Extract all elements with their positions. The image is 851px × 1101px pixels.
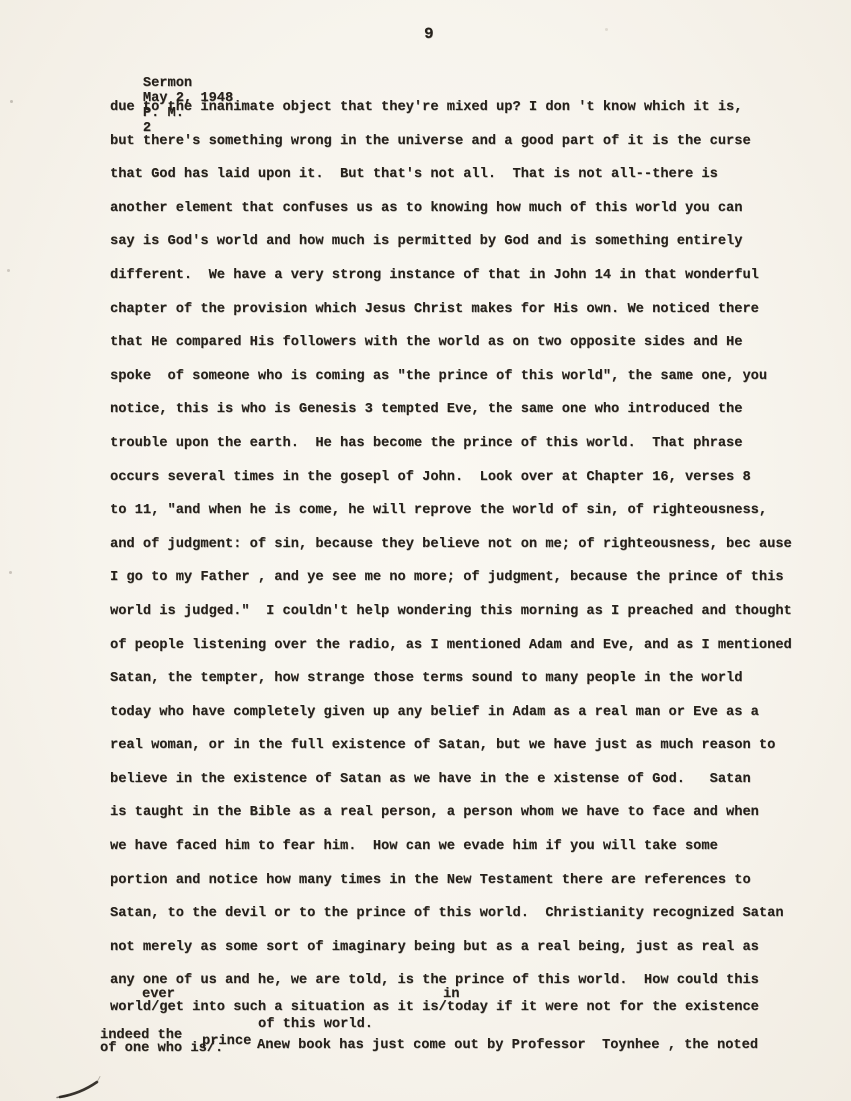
text-line: but there's something wrong in the unive… <box>110 125 830 159</box>
typed-insertion-of-this-world: of this world. <box>258 1018 373 1032</box>
text-line: another element that confuses us as to k… <box>110 192 830 226</box>
text-line: not merely as some sort of imaginary bei… <box>110 931 830 965</box>
text-line: world is judged." I couldn't help wonder… <box>110 595 830 629</box>
document-body: due to the inanimate object that they're… <box>110 91 830 998</box>
header-doc-type: Sermon <box>143 76 192 91</box>
scan-artifacts <box>0 0 3 3</box>
text-line: any one of us and he, we are told, is th… <box>110 964 830 998</box>
text-line: portion and notice how many times in the… <box>110 864 830 898</box>
text-line: Satan, the tempter, how strange those te… <box>110 662 830 696</box>
text-line: that He compared His followers with the … <box>110 326 830 360</box>
document-page: 9 Sermon May 2, 1948 P. M. 2 due to the … <box>0 0 851 1101</box>
text-line: real woman, or in the full existence of … <box>110 729 830 763</box>
text-line-final: Anew book has just come out by Professor… <box>257 1039 758 1053</box>
text-line: believe in the existence of Satan as we … <box>110 763 830 797</box>
pen-mark <box>55 1076 107 1101</box>
text-line: I go to my Father , and ye see me no mor… <box>110 561 830 595</box>
text-line: Satan, to the devil or to the prince of … <box>110 897 830 931</box>
text-line: we have faced him to fear him. How can w… <box>110 830 830 864</box>
text-line: and of judgment: of sin, because they be… <box>110 528 830 562</box>
text-line: today who have completely given up any b… <box>110 696 830 730</box>
text-line: chapter of the provision which Jesus Chr… <box>110 293 830 327</box>
text-line: trouble upon the earth. He has become th… <box>110 427 830 461</box>
text-line-corrected: world/get into such a situation as it is… <box>110 1001 759 1015</box>
text-line: say is God's world and how much is permi… <box>110 225 830 259</box>
page-number: 9 <box>424 26 434 42</box>
text-line: to 11, "and when he is come, he will rep… <box>110 494 830 528</box>
text-line: is taught in the Bible as a real person,… <box>110 796 830 830</box>
text-line: due to the inanimate object that they're… <box>110 91 830 125</box>
text-line: that God has laid upon it. But that's no… <box>110 158 830 192</box>
text-line: of people listening over the radio, as I… <box>110 629 830 663</box>
text-line: different. We have a very strong instanc… <box>110 259 830 293</box>
text-line: spoke of someone who is coming as "the p… <box>110 360 830 394</box>
typed-insertion-of-one-who: of one who is/. <box>100 1042 223 1056</box>
text-line: occurs several times in the gosepl of Jo… <box>110 461 830 495</box>
text-line: notice, this is who is Genesis 3 tempted… <box>110 393 830 427</box>
